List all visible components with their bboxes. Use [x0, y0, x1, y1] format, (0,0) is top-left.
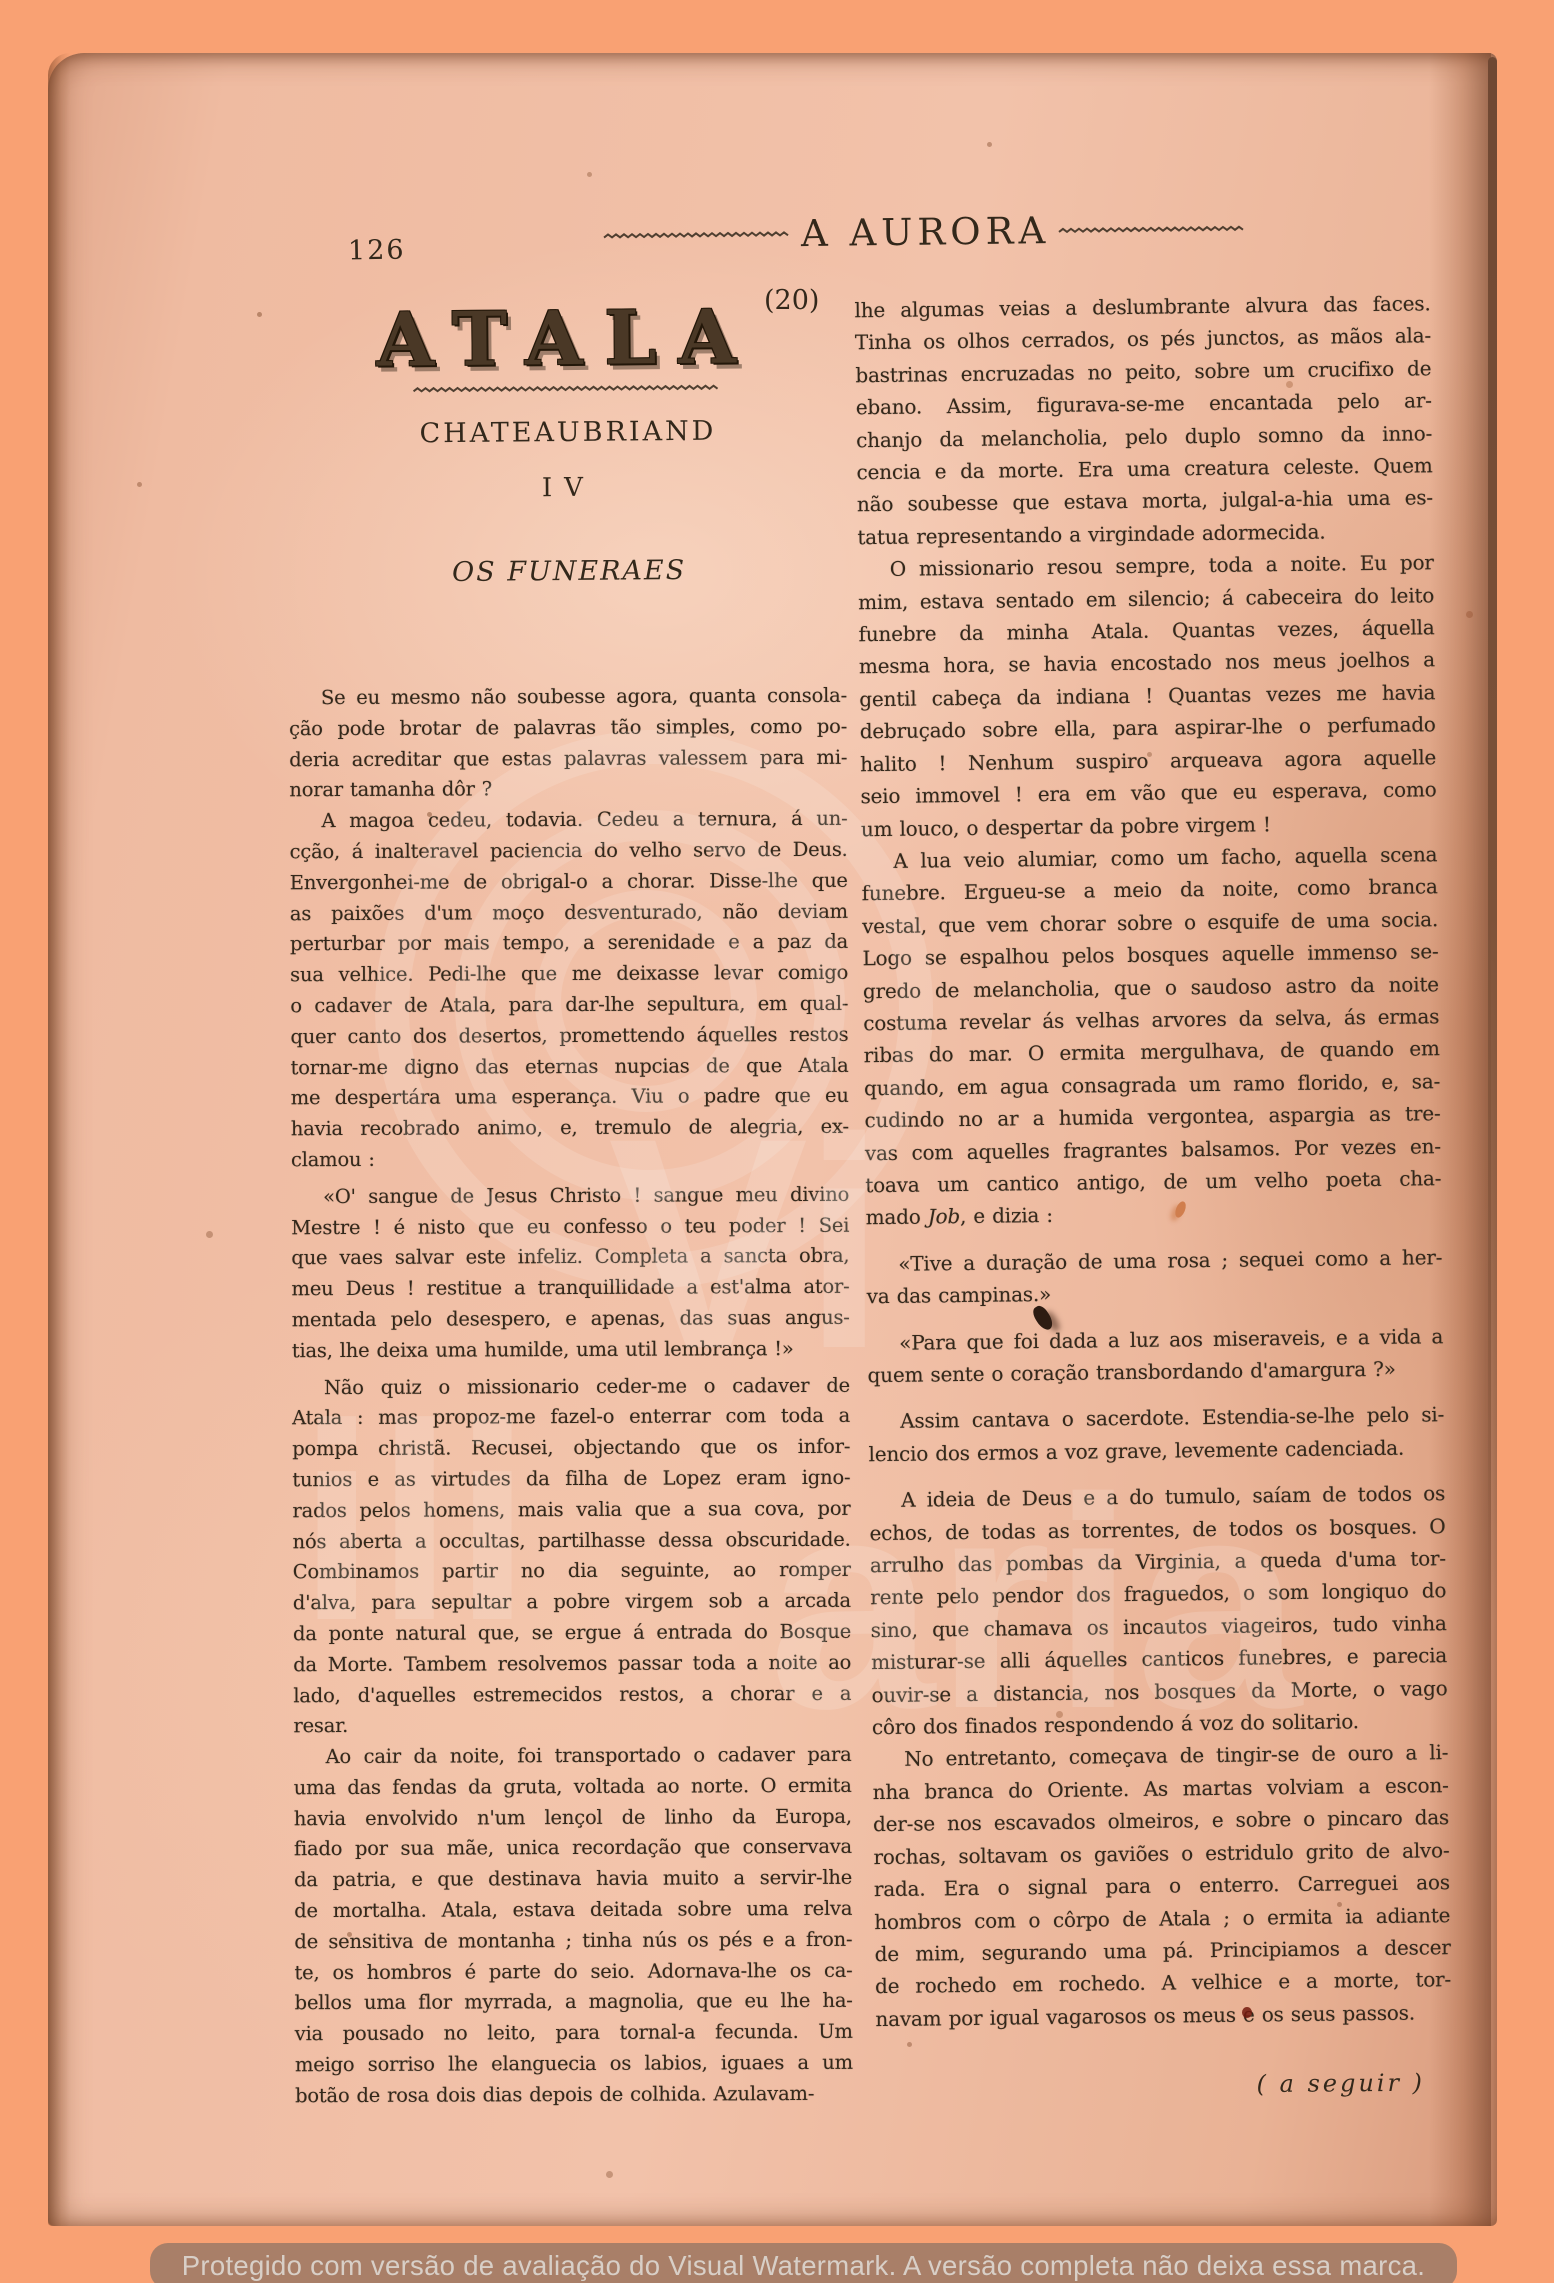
watermark-bar: Protegido com versão de avaliação do Vis… [150, 2243, 1457, 2283]
text-line: meigo sorriso lhe elanguecia os labios, … [295, 2048, 853, 2081]
paragraph: A lua veio alumiar, como um facho, aquel… [861, 838, 1442, 1234]
text-line: lencio dos ermos a voz grave, levemente … [868, 1431, 1444, 1470]
text-line: Não quiz o missionario ceder-me o cadave… [292, 1370, 850, 1403]
paragraph: Assim cantava o sacerdote. Estendia-se-l… [868, 1399, 1445, 1471]
text-line: havia envolvido n'um lençol de linho da … [294, 1801, 852, 1834]
text-line: «O' sangue de Jesus Christo ! sangue meu… [291, 1180, 849, 1213]
text-line: tornar-me digno das eternas nupcias de q… [290, 1050, 848, 1083]
chapter-number: IV [278, 470, 858, 505]
text-line: te, os hombros é parte do seio. Adornava… [294, 1955, 852, 1988]
text-line: da patria, e que destinava havia muito a… [294, 1863, 852, 1896]
article-header: ATALA CHATEAUBRIAND IV OS FUNERAES [277, 293, 860, 589]
text-line: Se eu mesmo não soubesse agora, quanta c… [289, 681, 847, 714]
article-title: ATALA [277, 293, 858, 384]
paragraph: O missionario resou sempre, toda a noite… [858, 546, 1438, 845]
masthead-title: A AURORA [793, 209, 1059, 255]
continuation-note: ( a seguir ) [865, 2068, 1445, 2101]
text-line: Ao cair da noite, foi transportado o cad… [294, 1740, 852, 1773]
text-line: o cadaver de Atala, para dar-lhe sepultu… [290, 989, 848, 1022]
title-underline-icon [413, 383, 723, 396]
text-line: navam por igual vagarosos os meus e os s… [875, 1996, 1451, 2035]
text-line: mentada pelo desespero, e apenas, das su… [292, 1303, 850, 1336]
masthead-rule-right-icon [1058, 223, 1248, 235]
text-line: tias, lhe deixa uma humilde, uma util le… [292, 1334, 850, 1367]
text-line: clamou : [291, 1143, 849, 1176]
text-line: fiado por sua mãe, unica recordação que … [294, 1832, 852, 1865]
masthead-rule-left-icon [603, 229, 793, 241]
left-text-column: Se eu mesmo não soubesse agora, quanta c… [289, 681, 853, 2112]
watermark-bar-text: Protegido com versão de avaliação do Vis… [182, 2250, 1425, 2282]
text-line: lado, d'aquelles estremecidos restos, a … [293, 1678, 851, 1711]
quote-paragraph: «Tive a duração de uma rosa ; sequei com… [866, 1241, 1443, 1313]
scanned-page: 126 A AURORA (20) ATALA CHATEAUBRIAND IV… [48, 53, 1497, 2226]
text-line: via pousado no leito, para tornal-a fecu… [295, 2017, 853, 2050]
quote-paragraph: «O' sangue de Jesus Christo ! sangue meu… [291, 1180, 850, 1367]
paragraph: A magoa cedeu, todavia. Cedeu a ternura,… [289, 804, 849, 1176]
text-line: de mortalha. Atala, estava deitada sobre… [294, 1894, 852, 1927]
text-line: da ponte natural que, se ergue á entrada… [293, 1617, 851, 1650]
text-line: rados pelos homens, mais valia que a sua… [292, 1494, 850, 1527]
text-line: perturbar por mais tempo, a serenidade e… [290, 927, 848, 960]
text-line: ção pode brotar de palavras tão simples,… [289, 712, 847, 745]
text-line: sua velhice. Pedi-lhe que me deixasse le… [290, 958, 848, 991]
quote-paragraph: «Para que foi dada a luz aos miseraveis,… [867, 1320, 1444, 1392]
text-line: botão de rosa dois dias depois de colhid… [295, 2079, 853, 2112]
paragraph: lhe algumas veias a deslumbrante alvura … [854, 287, 1433, 553]
text-line: quem sente o coração transbordando d'ama… [867, 1352, 1443, 1391]
text-line: meu Deus ! restitue a tranquillidade a e… [291, 1272, 849, 1305]
text-line: Envergonhei-me de obrigal-o a chorar. Di… [290, 866, 848, 899]
paper-specks [48, 53, 51, 56]
text-line: cção, á inalteravel paciencia do velho s… [290, 835, 848, 868]
text-line: uma das fendas da gruta, voltada ao nort… [294, 1771, 852, 1804]
paragraph: Não quiz o missionario ceder-me o cadave… [292, 1370, 852, 1742]
paragraph: No entretanto, começava de tingir-se de … [872, 1737, 1452, 2036]
text-line: que vaes salvar este infeliz. Completa a… [291, 1241, 849, 1274]
text-line: d'alva, para sepultar a pobre virgem sob… [293, 1586, 851, 1619]
text-line: va das campinas.» [866, 1273, 1442, 1312]
text-line: havia recobrado animo, e, tremulo de ale… [291, 1112, 849, 1145]
text-line: Combinamos partir no dia seguinte, ao ro… [293, 1555, 851, 1588]
text-line: mado Job, e dizia : [865, 1195, 1441, 1234]
paragraph: A ideia de Deus e a do tumulo, saíam de … [869, 1477, 1448, 1743]
text-line: Atala : mas propoz-me fazel-o enterrar c… [292, 1401, 850, 1434]
paragraph: Se eu mesmo não soubesse agora, quanta c… [289, 681, 848, 807]
masthead: A AURORA [603, 207, 1183, 257]
author-name: CHATEAUBRIAND [278, 414, 858, 450]
text-line: deria acreditar que estas palavras vales… [289, 742, 847, 775]
text-line: da Morte. Tambem resolvemos passar toda … [293, 1647, 851, 1680]
text-line: bellos uma flor myrrada, a magnolia, que… [295, 1986, 853, 2019]
text-line: pompa christã. Recusei, objectando que o… [292, 1432, 850, 1465]
right-text-column: lhe algumas veias a deslumbrante alvura … [854, 287, 1451, 2035]
text-line: Mestre ! é nisto que eu confesso o teu p… [291, 1210, 849, 1243]
text-line: resar. [293, 1709, 851, 1742]
section-title: OS FUNERAES [279, 553, 859, 589]
page-number: 126 [348, 235, 406, 267]
screenshot-canvas: 126 A AURORA (20) ATALA CHATEAUBRIAND IV… [0, 0, 1554, 2283]
text-line: quer canto dos desertos, promettendo áqu… [290, 1020, 848, 1053]
text-line: me despertára uma esperança. Viu o padre… [291, 1081, 849, 1114]
ink-blot [1242, 2007, 1252, 2018]
text-line: norar tamanha dôr ? [289, 773, 847, 806]
paragraph: Ao cair da noite, foi transportado o cad… [294, 1740, 854, 2112]
text-line: A magoa cedeu, todavia. Cedeu a ternura,… [289, 804, 847, 837]
text-line: tunios e as virtudes da filha de Lopez e… [292, 1463, 850, 1496]
text-line: de sensitiva de montanha ; tinha nús os … [294, 1925, 852, 1958]
text-line: nós aberta a occultas, partilhasse dessa… [293, 1524, 851, 1557]
text-line: as paixões d'um moço desventurado, não d… [290, 896, 848, 929]
